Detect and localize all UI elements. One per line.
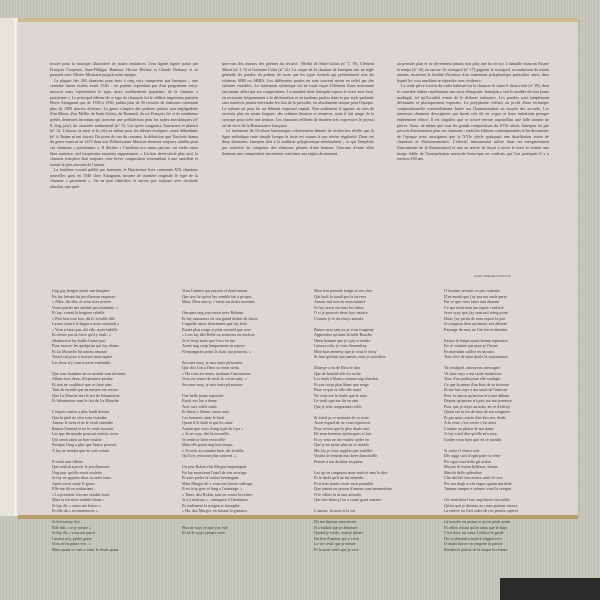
lyrics-stanza: Ung gay bergier prioit une bergiereEn lu… (52, 288, 126, 365)
lyrics-stanza: Las qu'on congnoist mon vouloir sans le … (314, 470, 392, 503)
lyrics-line: « Ha, dist Margot, en faisant la grimace… (182, 508, 258, 514)
lyrics-line: N'espargnons point la chair qui pourrira… (182, 349, 258, 355)
lyrics-line: Et ne le sçays jamais estre. (182, 530, 258, 536)
lyrics-line: Besoingy vous, nous l'heureuses je mourr… (182, 514, 258, 520)
lyrics-line: Tout n'est de mon doulx la souvenance. (444, 354, 518, 360)
lyrics-line: Mais quant ce vint a venir le doulx poin… (52, 547, 126, 553)
lyrics-stanza: Si come il chiaro soleDis raggi suoi d'o… (444, 448, 518, 492)
lyrics-line: La bouche en priant ce qu'on peult senti… (444, 519, 518, 525)
lyrics-stanza: Oncques ung jour estoit avec RobinetEt l… (182, 310, 258, 354)
prose-paragraph: au premier plan et ne deviennent jamais … (397, 61, 549, 83)
lyrics-stanza: Mon leur premier temps si tres cherQui f… (314, 288, 392, 321)
lyrics-column-3: Mon leur premier temps si tres cherQui f… (314, 288, 392, 558)
lyrics-stanza: M'amye a eu de Dieu le donQue de beaulté… (314, 365, 392, 409)
lyrics-line: Quant sur la fin de moy de ma vengence (444, 409, 518, 415)
prose-paragraph: trouvé pour la musique illustrative de t… (50, 61, 198, 78)
lyrics-stanza: O fortune, n'estoit-ce pas contenteD'en … (444, 288, 518, 332)
lyrics-stanza: Baisez moy tant ou je vous fougerayAppre… (314, 327, 392, 360)
lyrics-line: Mais, Dieu mercy, c'estoit un doulx mome… (182, 299, 258, 305)
prose-paragraph: Le traitement de l'écriture harmonique r… (222, 128, 374, 156)
lyrics-stanza: Une belle jeune espouséeEstoit sus luy a… (182, 393, 258, 459)
lyrics-line: On vient bien l'ouy ung baiser favorable (444, 497, 518, 503)
lyrics-line: Les deux n'y vont trouver ensemble. (52, 360, 126, 366)
lyrics-line: « Lors luy dist Belle ou m'amour est enc… (182, 332, 258, 338)
lyrics-line: Et la mort veult que je vive. (314, 547, 392, 553)
lyrics-line: Tant du monde que en mesme est encore (52, 387, 126, 393)
lyrics-column-2: Vous l'aimiez qui puissez si doulcementQ… (182, 288, 258, 541)
lyrics-stanza: Si estoit ja ce moment de ce troncAvoir … (314, 415, 392, 465)
lyrics-line: Puisque l'ung a plus que l'autre pouvoir (52, 442, 126, 448)
lyrics-line: Un jour Robin vint Margot empoingnar (182, 464, 258, 470)
lyrics-line: Pour trouver les quelqu'un qui luy dorme (52, 343, 126, 349)
prose-column-3: au premier plan et ne deviennent jamais … (397, 61, 549, 162)
prose-paragraph: La huitième recueil publié par Janequin,… (50, 167, 198, 189)
lyrics-line: Secouez moy, je suis toute plourouse. (182, 382, 258, 388)
lyrics-stanza: Un jour Robin vint Margot empoingnarEn l… (182, 464, 258, 519)
prose-column-1: trouvé pour la musique illustrative de t… (50, 61, 198, 190)
lyrics-line: Pensez a ma douleur en paine (314, 459, 392, 465)
lyrics-line: Et me fais ouyr a ma seule de l'adresse (444, 387, 518, 393)
lyrics-line: Je n'y mettray » ; adonques il l'embrass… (182, 497, 258, 503)
lyrics-line: Je l'empoignay, je l'embrassay (52, 514, 126, 520)
lyrics-stanza: Va rossignol, amoureux messagierVa faire… (444, 365, 518, 442)
lyrics-line: La bouche la ou j'ay sonné et desire (444, 514, 518, 520)
lyrics-stanza: Secouez moy, je suis toute plourouse.Que… (182, 360, 258, 388)
table-shadow (500, 578, 600, 600)
lyrics-line: Que fais-doncq l'on a causé grant martir… (314, 497, 392, 503)
lyrics-line: Payange de moy ne l'on feroit absenter. (444, 327, 518, 333)
lyrics-line: Comme je te serviroys mieulx. (314, 316, 392, 322)
lyrics-stanza: Vous l'aimiez qui puissez si doulcementQ… (182, 288, 258, 305)
prose-paragraph: La seule pièce à sortir du cadre habitue… (397, 83, 549, 161)
lyrics-line: Depuis qu'amour n'a pris sur ma jeunesse (444, 398, 518, 404)
lyrics-stanza: Que tous hommes en ce monde sont destiné… (52, 371, 126, 404)
lyrics-column-1: Ung gay bergier prioit une bergiereEn lu… (52, 288, 126, 558)
lyrics-column-4: O fortune, n'estoit-ce pas contenteD'en … (444, 288, 518, 558)
lyrics-stanza: Plus ne suys ce que j'ay estéEt ne le sç… (182, 525, 258, 536)
prose-paragraph: ques-uns des auteurs des poèmes du recue… (222, 61, 374, 128)
lyrics-stanza: Il estoit une filletteQui vouloit sçavoi… (52, 459, 126, 553)
lyrics-stanza: L'espoir confus a plus hault desirorQue … (52, 409, 126, 453)
lyrics-line: Et Jehannoton sans le fait de La Mouche. (52, 398, 126, 404)
lyrics-line: Me tourmentent a toute heure (314, 514, 392, 520)
lyrics-line: Vous l'aimiez qui puissez si doulcement (182, 288, 258, 294)
lyrics-line: Vous en venez de veoir le vostre amy. » (182, 376, 258, 382)
lyrics-stanza: Passez le temps ayant bonne esperanceEn … (444, 338, 518, 360)
lyrics-line: Garder vous bien que en ce monde. (444, 437, 518, 443)
lyrics-line: Je ne sçay que j'ay sans nul soing porté (444, 310, 518, 316)
lyrics-line: Si faut qu'ainsi que jamais vous je souu… (314, 354, 392, 360)
prose-paragraph: La plupart des 263 chansons pour trois à… (50, 78, 198, 168)
record-sleeve: trouvé pour la musique illustrative de t… (18, 20, 578, 516)
lyrics-line: Que jamais ne pourra d'amour sans emmend… (314, 486, 392, 492)
lyrics-line: Tantum sempre e volento visel la sempre. (444, 486, 518, 492)
prose-column-2: ques-uns des auteurs des poèmes du recue… (222, 61, 374, 156)
lyrics-line: A luy ne tiendra que ne soit certain. (52, 448, 126, 454)
lyrics-line: La mettre en l'œil ordre de ces peaulx c… (444, 508, 518, 514)
lyrics-line: Que je n'en congnoistay telle. (314, 404, 392, 410)
lyrics-stanza: L'amour, la mort et la vieMe tourmentent… (314, 508, 392, 552)
lyrics-line: Las que du monde pourroit mieulx avoir (52, 431, 126, 437)
lyrics-stanza: On vient bien l'ouy ung baiser favorable… (444, 497, 518, 552)
lyrics-line: Lassez courre la bague a mon courtault » (52, 321, 126, 327)
lyrics-line: Qu'il n'y retourne plus souvent. » (182, 453, 258, 459)
author-credit: Lothar Hoffmann-Erbrecht (474, 274, 511, 278)
lyrics-line: L'appelle ainsy doucement que luy hola (182, 321, 258, 327)
lyrics-line: Rendez le plaisir de la duque le retient… (444, 547, 518, 553)
